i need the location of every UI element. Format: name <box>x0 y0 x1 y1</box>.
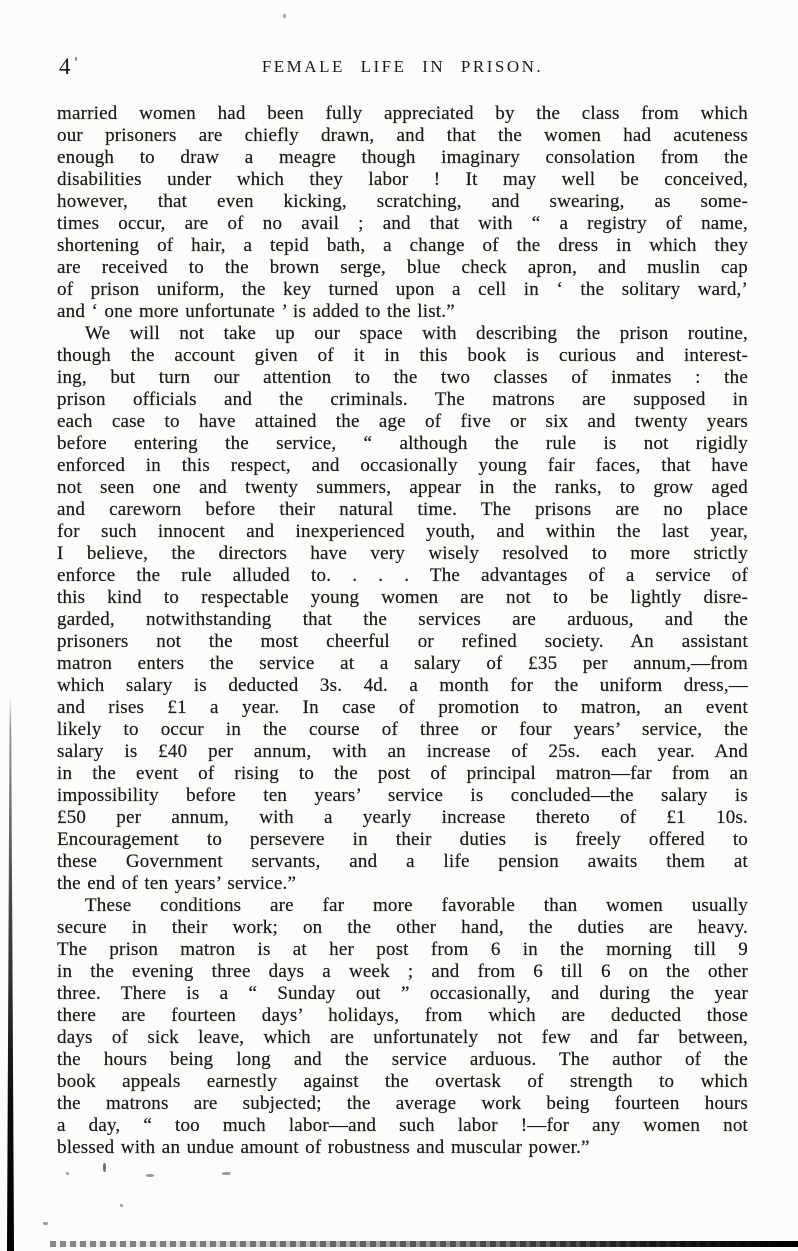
ink-speckle <box>120 1204 123 1207</box>
paragraph: We will not take up our space with descr… <box>57 323 748 895</box>
text-line: days of sick leave, which are unfortunat… <box>57 1027 748 1049</box>
text-line: likely to occur in the course of three o… <box>57 719 748 741</box>
text-line: £50 per annum, with a yearly increase th… <box>57 807 748 829</box>
text-line: of prison uniform, the key turned upon a… <box>57 279 748 301</box>
text-line: garded, notwithstanding that the service… <box>57 609 748 631</box>
text-line: each case to have attained the age of fi… <box>57 411 748 433</box>
text-line: book appeals earnestly against the overt… <box>57 1071 748 1093</box>
text-line: These conditions are far more favorable … <box>57 895 748 917</box>
text-line: these Government servants, and a life pe… <box>57 851 748 873</box>
text-line: The prison matron is at her post from 6 … <box>57 939 748 961</box>
text-line: in the evening three days a week ; and f… <box>57 961 748 983</box>
ink-speckle <box>283 14 286 18</box>
text-line: and careworn before their natural time. … <box>57 499 748 521</box>
ink-speckle <box>43 1222 48 1225</box>
ink-speckle <box>75 57 77 61</box>
text-line: enough to draw a meagre though imaginary… <box>57 147 748 169</box>
text-line: enforce the rule alluded to. . . . The a… <box>57 565 748 587</box>
book-page-scan: 4 FEMALE LIFE IN PRISON. married women h… <box>0 0 798 1251</box>
text-line: prisoners not the most cheerful or refin… <box>57 631 748 653</box>
text-line: and rises £1 a year. In case of promotio… <box>57 697 748 719</box>
text-line: I believe, the directors have very wisel… <box>57 543 748 565</box>
text-line: however, that even kicking, scratching, … <box>57 191 748 213</box>
text-line: enforced in this respect, and occasional… <box>57 455 748 477</box>
text-line: blessed with an undue amount of robustne… <box>57 1137 748 1159</box>
text-line: salary is £40 per annum, with an increas… <box>57 741 748 763</box>
running-header-title: FEMALE LIFE IN PRISON. <box>57 54 748 77</box>
ink-speckle <box>103 1163 106 1172</box>
text-line: in the event of rising to the post of pr… <box>57 763 748 785</box>
text-line: impossibility before ten years’ service … <box>57 785 748 807</box>
text-line: our prisoners are chiefly drawn, and tha… <box>57 125 748 147</box>
text-line: the matrons are subjected; the average w… <box>57 1093 748 1115</box>
text-line: prison officials and the criminals. The … <box>57 389 748 411</box>
text-line: times occur, are of no avail ; and that … <box>57 213 748 235</box>
ink-speckle <box>146 1174 154 1177</box>
paragraph: married women had been fully appreciated… <box>57 103 748 323</box>
ink-speckle <box>222 1172 231 1175</box>
ink-speckle <box>66 1172 69 1175</box>
text-line: Encouragement to persevere in their duti… <box>57 829 748 851</box>
text-line: We will not take up our space with descr… <box>57 323 748 345</box>
scan-artifact-left-ink-line <box>7 695 14 1251</box>
page-number: 4 <box>59 54 71 80</box>
text-line: secure in their work; on the other hand,… <box>57 917 748 939</box>
page-body: married women had been fully appreciated… <box>57 103 748 1159</box>
text-line: before entering the service, “ although … <box>57 433 748 455</box>
text-line: three. There is a “ Sunday out ” occasio… <box>57 983 748 1005</box>
text-line: and ‘ one more unfortunate ’ is added to… <box>57 301 748 323</box>
text-line: this kind to respectable young women are… <box>57 587 748 609</box>
text-line: shortening of hair, a tepid bath, a chan… <box>57 235 748 257</box>
text-line: matron enters the service at a salary of… <box>57 653 748 675</box>
paragraph: These conditions are far more favorable … <box>57 895 748 1159</box>
text-line: ing, but turn our attention to the two c… <box>57 367 748 389</box>
page-header: 4 FEMALE LIFE IN PRISON. <box>57 54 748 86</box>
text-line: are received to the brown serge, blue ch… <box>57 257 748 279</box>
text-line: disabilities under which they labor ! It… <box>57 169 748 191</box>
text-line: the end of ten years’ service.” <box>57 873 748 895</box>
text-line: though the account given of it in this b… <box>57 345 748 367</box>
scan-artifact-bottom-rule <box>50 1241 798 1247</box>
text-line: the hours being long and the service ard… <box>57 1049 748 1071</box>
text-line: for such innocent and inexperienced yout… <box>57 521 748 543</box>
text-line: there are fourteen days’ holidays, from … <box>57 1005 748 1027</box>
text-line: married women had been fully appreciated… <box>57 103 748 125</box>
text-line: a day, “ too much labor—and such labor !… <box>57 1115 748 1137</box>
text-line: not seen one and twenty summers, appear … <box>57 477 748 499</box>
text-line: which salary is deducted 3s. 4d. a month… <box>57 675 748 697</box>
